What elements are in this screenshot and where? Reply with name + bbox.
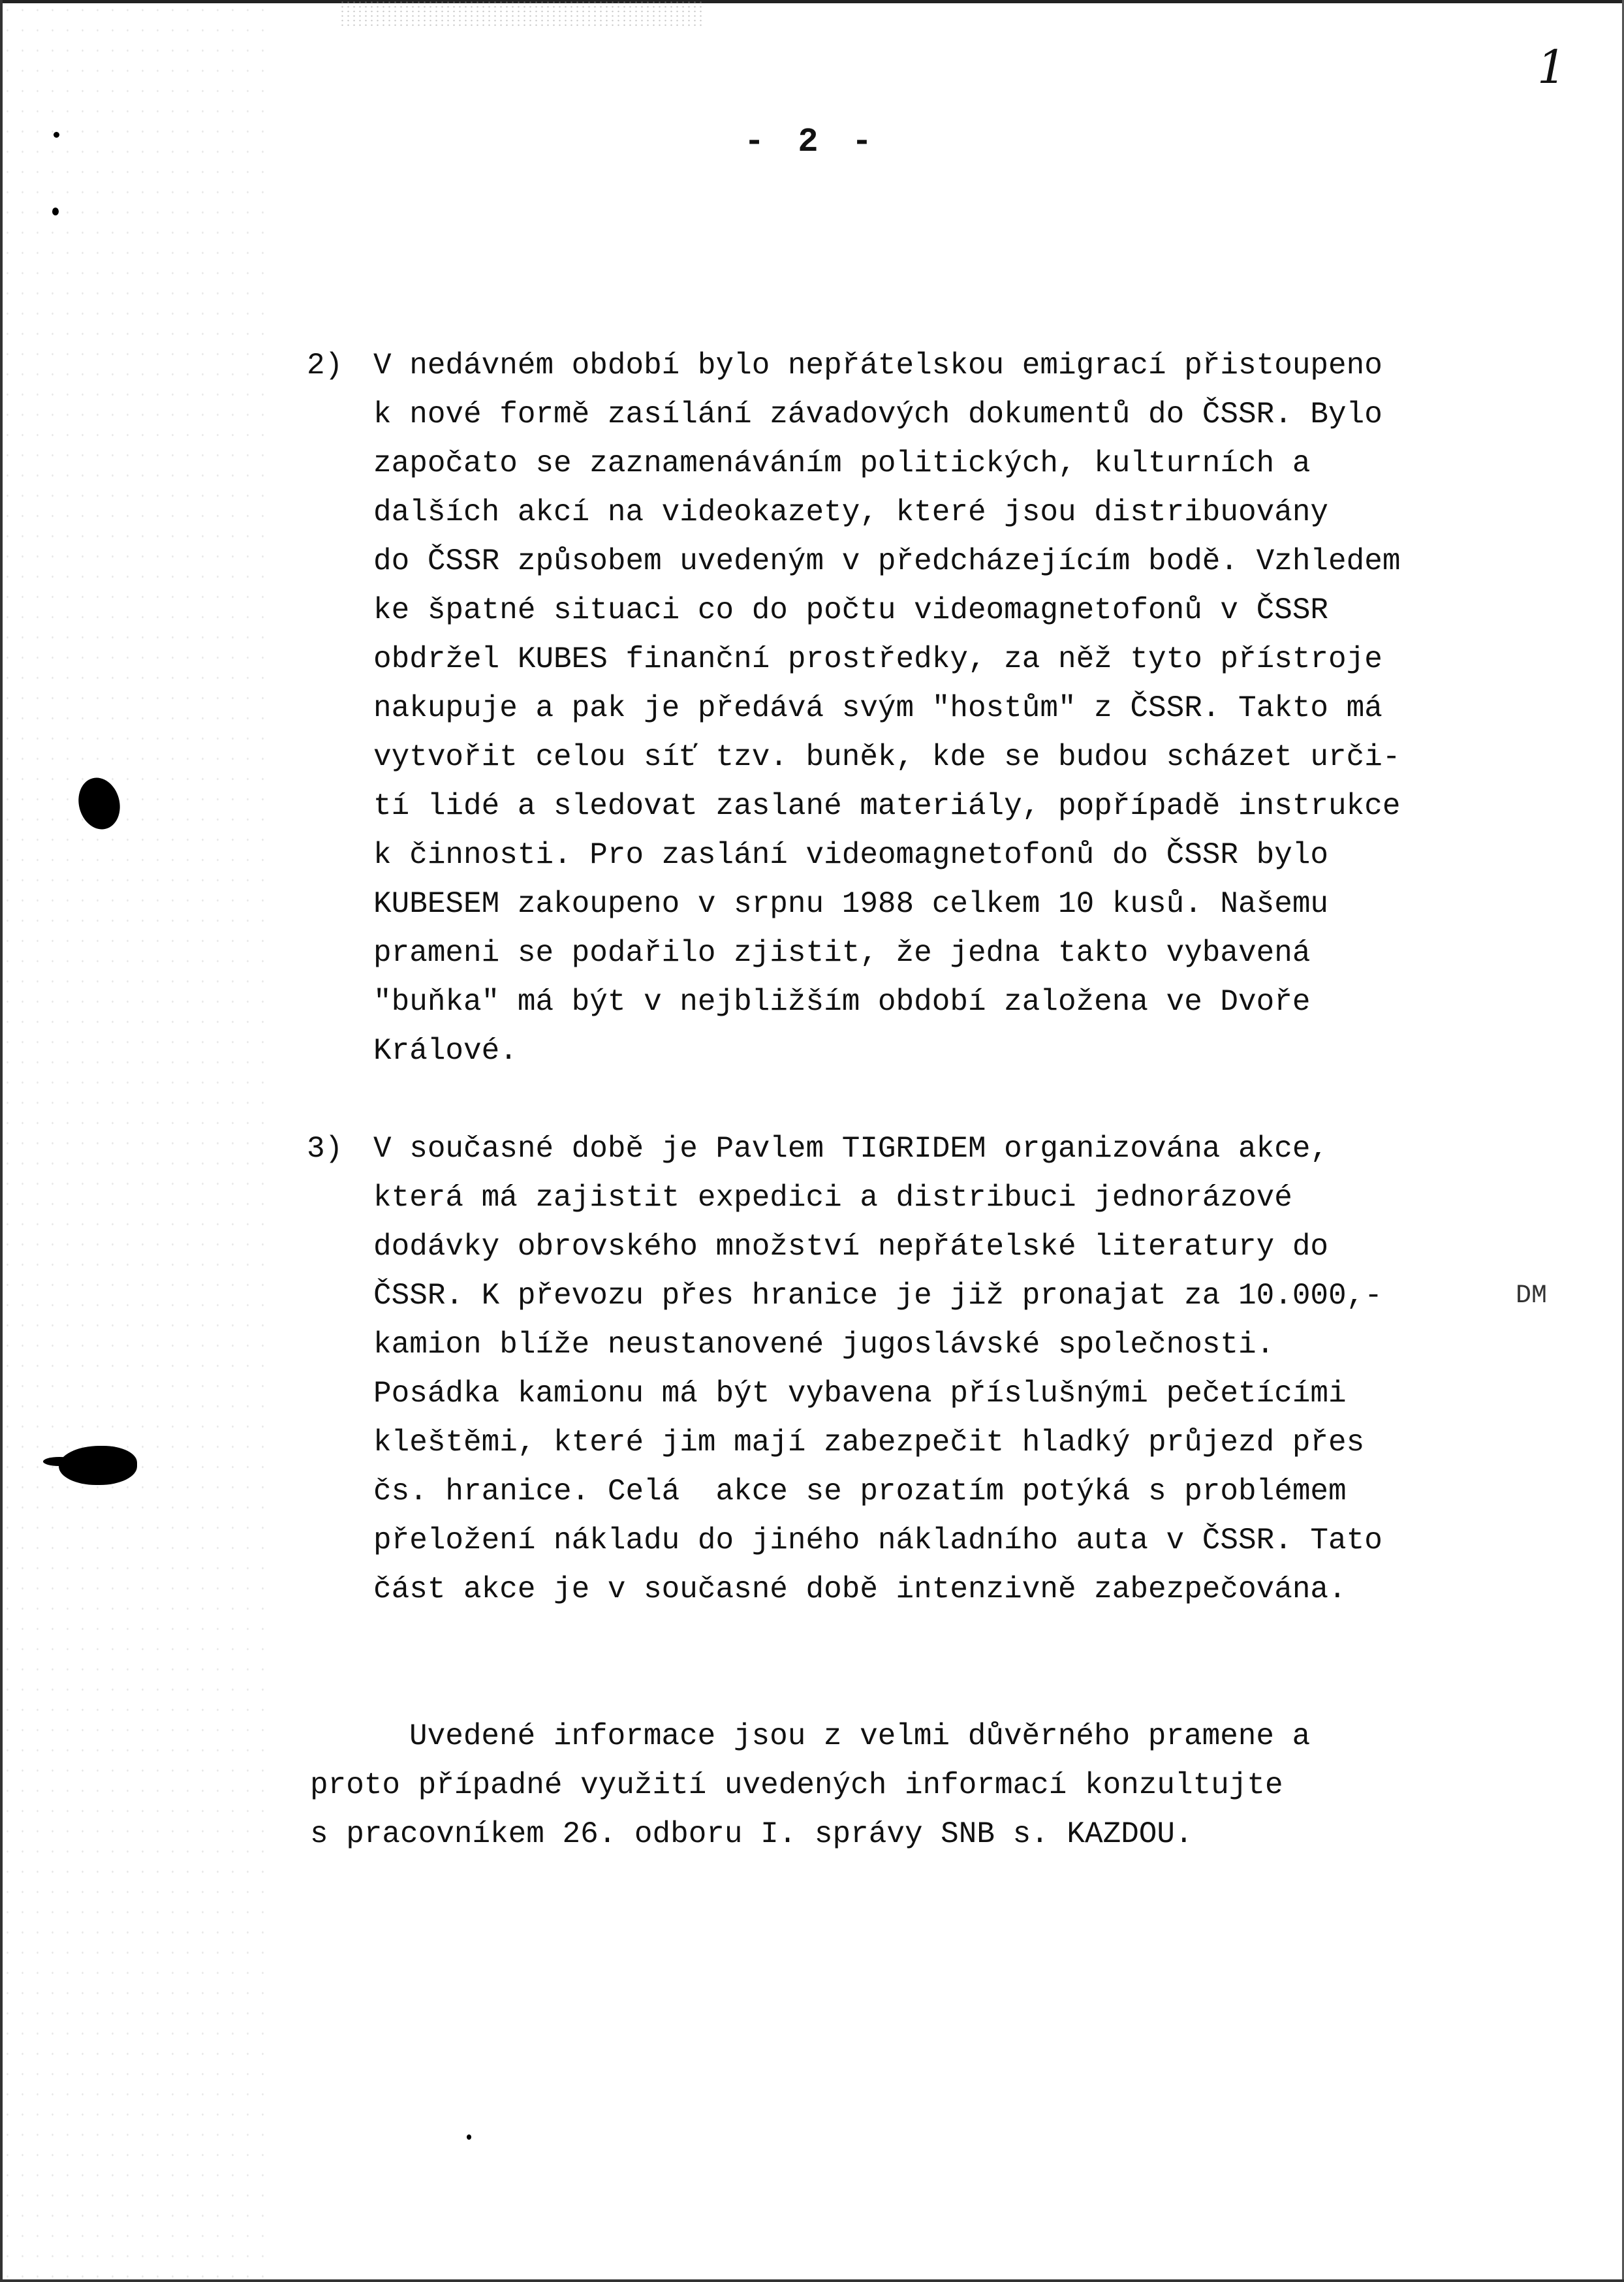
text-line: započato se zaznamenáváním politických, … <box>373 439 1400 488</box>
text-line: nakupuje a pak je předává svým "hostům" … <box>373 684 1400 733</box>
text-line: čs. hranice. Celá akce se prozatím potýk… <box>373 1467 1382 1516</box>
item-3-paragraph: V současné době je Pavlem TIGRIDEM organ… <box>373 1125 1382 1614</box>
text-line: s pracovníkem 26. odboru I. správy SNB s… <box>310 1810 1310 1859</box>
item-number-2: 2) <box>307 341 343 390</box>
text-line: tí lidé a sledovat zaslané materiály, po… <box>373 782 1400 831</box>
text-line: ČSSR. K převozu přes hranice je již pron… <box>373 1272 1382 1321</box>
text-line: kamion blíže neustanovené jugoslávské sp… <box>373 1321 1382 1369</box>
text-line: dalších akcí na videokazety, které jsou … <box>373 488 1400 537</box>
speck-mark <box>467 2134 471 2140</box>
closing-paragraph: Uvedené informace jsou z velmi důvěrného… <box>310 1712 1310 1859</box>
text-line: k činnosti. Pro zaslání videomagnetofonů… <box>373 831 1400 880</box>
text-line: Uvedené informace jsou z velmi důvěrného… <box>310 1712 1310 1761</box>
text-line: "buňka" má být v nejbližším období založ… <box>373 978 1400 1027</box>
page-number: - 2 - <box>744 123 879 161</box>
text-line: přeložení nákladu do jiného nákladního a… <box>373 1516 1382 1565</box>
text-line: obdržel KUBES finanční prostředky, za ně… <box>373 635 1400 684</box>
ink-blot-tail <box>43 1457 76 1466</box>
ink-blot-hole-punch-lower <box>59 1446 137 1485</box>
text-line: dodávky obrovského množství nepřátelské … <box>373 1223 1382 1272</box>
scan-noise-top <box>339 0 705 26</box>
speck-mark <box>54 132 59 138</box>
text-line: Posádka kamionu má být vybavena příslušn… <box>373 1369 1382 1418</box>
item-number-3: 3) <box>307 1125 343 1174</box>
item-2-paragraph: V nedávném období bylo nepřátelskou emig… <box>373 341 1400 1076</box>
text-line: prameni se podařilo zjistit, že jedna ta… <box>373 929 1400 978</box>
scan-noise-left-margin <box>0 0 274 2282</box>
text-line: část akce je v současné době intenzivně … <box>373 1565 1382 1614</box>
text-line: vytvořit celou síť tzv. buněk, kde se bu… <box>373 733 1400 782</box>
speck-mark <box>52 208 59 215</box>
text-line: kleštěmi, které jim mají zabezpečit hlad… <box>373 1418 1382 1467</box>
text-line: V současné době je Pavlem TIGRIDEM organ… <box>373 1125 1382 1174</box>
text-line: Králové. <box>373 1027 1400 1076</box>
text-line: do ČSSR způsobem uvedeným v předcházejíc… <box>373 537 1400 586</box>
text-line: KUBESEM zakoupeno v srpnu 1988 celkem 10… <box>373 880 1400 929</box>
text-line: k nové formě zasílání závadových dokumen… <box>373 390 1400 439</box>
text-line: proto případné využití uvedených informa… <box>310 1761 1310 1810</box>
text-line: která má zajistit expedici a distribuci … <box>373 1174 1382 1223</box>
handwritten-page-mark: 1 <box>1537 40 1567 94</box>
text-line: V nedávném období bylo nepřátelskou emig… <box>373 341 1400 390</box>
margin-note-currency: DM <box>1516 1272 1547 1321</box>
text-line: ke špatné situaci co do počtu videomagne… <box>373 586 1400 635</box>
